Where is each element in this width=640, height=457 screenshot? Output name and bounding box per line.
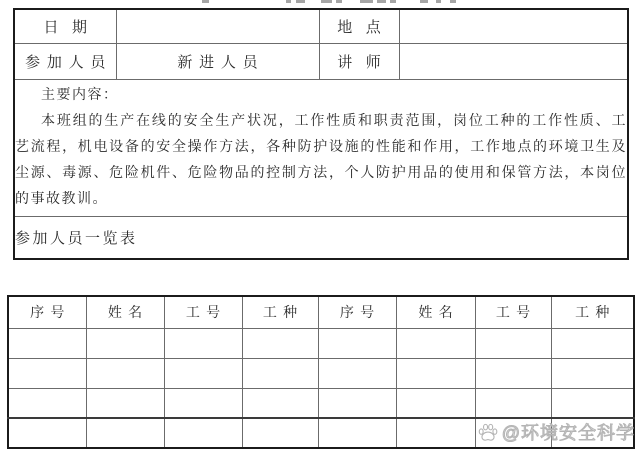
roster-cell <box>475 388 551 418</box>
participants-label-text: 参加人员 <box>25 55 112 71</box>
roster-header-text: 姓名 <box>418 306 459 321</box>
roster-cell <box>86 388 164 418</box>
participant-roster-table: 序号 姓名 工号 工种 序号 姓名 工号 工种 <box>7 295 635 449</box>
roster-cell <box>8 358 86 388</box>
roster-header-trade-2: 工种 <box>551 296 634 328</box>
roster-cell <box>551 388 634 418</box>
training-info-table: 日期 地点 参加人员 新进人员 讲师 主要内容： 本班组的生产在线的安全生产状况… <box>13 8 629 260</box>
lecturer-value-cell <box>399 43 628 79</box>
roster-header-seq-2: 序号 <box>318 296 396 328</box>
roster-cell <box>8 418 86 448</box>
roster-cell <box>8 388 86 418</box>
roster-cell <box>318 328 396 358</box>
roster-cell <box>396 358 475 388</box>
roster-cell <box>164 358 242 388</box>
roster-cell <box>86 418 164 448</box>
scanned-form-page: 日期 地点 参加人员 新进人员 讲师 主要内容： 本班组的生产在线的安全生产状况… <box>0 0 640 457</box>
location-value-cell <box>399 9 628 43</box>
roster-cell <box>242 358 318 388</box>
roster-cell <box>396 418 475 448</box>
roster-cell <box>475 418 551 448</box>
roster-header-text: 工号 <box>496 306 537 321</box>
info-row-participants-lecturer: 参加人员 新进人员 讲师 <box>14 43 628 79</box>
roster-cell <box>86 328 164 358</box>
location-label: 地点 <box>319 9 399 43</box>
roster-title: 参加人员一览表 <box>14 216 628 259</box>
roster-cell <box>8 328 86 358</box>
lecturer-label-text: 讲师 <box>337 55 394 71</box>
roster-cell <box>242 418 318 448</box>
roster-cell <box>86 358 164 388</box>
participants-label: 参加人员 <box>14 43 116 79</box>
roster-cell <box>242 328 318 358</box>
roster-cell <box>551 358 634 388</box>
roster-header-name-1: 姓名 <box>86 296 164 328</box>
roster-header-trade-1: 工种 <box>242 296 318 328</box>
participants-value-text: 新进人员 <box>177 55 264 71</box>
roster-cell <box>396 328 475 358</box>
roster-cell <box>318 418 396 448</box>
date-value-cell <box>116 9 319 43</box>
roster-cell <box>475 358 551 388</box>
location-label-text: 地点 <box>337 20 394 36</box>
roster-row <box>8 358 634 388</box>
roster-title-row: 参加人员一览表 <box>14 216 628 259</box>
roster-cell <box>242 388 318 418</box>
roster-header-text: 工号 <box>186 306 227 321</box>
roster-cell <box>164 328 242 358</box>
main-content-row: 主要内容： 本班组的生产在线的安全生产状况，工作性质和职责范围，岗位工种的工作性… <box>14 79 628 216</box>
roster-header-text: 工种 <box>263 306 304 321</box>
roster-header-text: 姓名 <box>108 306 149 321</box>
main-content-body: 本班组的生产在线的安全生产状况，工作性质和职责范围，岗位工种的工作性质、工艺流程… <box>15 109 627 213</box>
roster-cell <box>164 418 242 448</box>
roster-row <box>8 388 634 418</box>
roster-header-seq-1: 序号 <box>8 296 86 328</box>
info-row-date-location: 日期 地点 <box>14 9 628 43</box>
participants-value-cell: 新进人员 <box>116 43 319 79</box>
roster-cell <box>318 388 396 418</box>
roster-header-name-2: 姓名 <box>396 296 475 328</box>
roster-header-text: 序号 <box>30 306 71 321</box>
roster-row <box>8 418 634 448</box>
roster-header-workid-1: 工号 <box>164 296 242 328</box>
main-content-cell: 主要内容： 本班组的生产在线的安全生产状况，工作性质和职责范围，岗位工种的工作性… <box>14 79 628 216</box>
roster-cell <box>475 328 551 358</box>
roster-header-workid-2: 工号 <box>475 296 551 328</box>
roster-cell <box>318 358 396 388</box>
roster-cell <box>164 388 242 418</box>
roster-row <box>8 328 634 358</box>
main-content-heading: 主要内容： <box>15 83 627 109</box>
roster-cell <box>551 328 634 358</box>
date-label-text: 日期 <box>43 20 100 36</box>
date-label: 日期 <box>14 9 116 43</box>
lecturer-label: 讲师 <box>319 43 399 79</box>
roster-header-text: 工种 <box>575 306 616 321</box>
roster-cell <box>551 418 634 448</box>
roster-body <box>8 328 634 448</box>
roster-header-row: 序号 姓名 工号 工种 序号 姓名 工号 工种 <box>8 296 634 328</box>
roster-cell <box>396 388 475 418</box>
roster-header-text: 序号 <box>340 306 381 321</box>
